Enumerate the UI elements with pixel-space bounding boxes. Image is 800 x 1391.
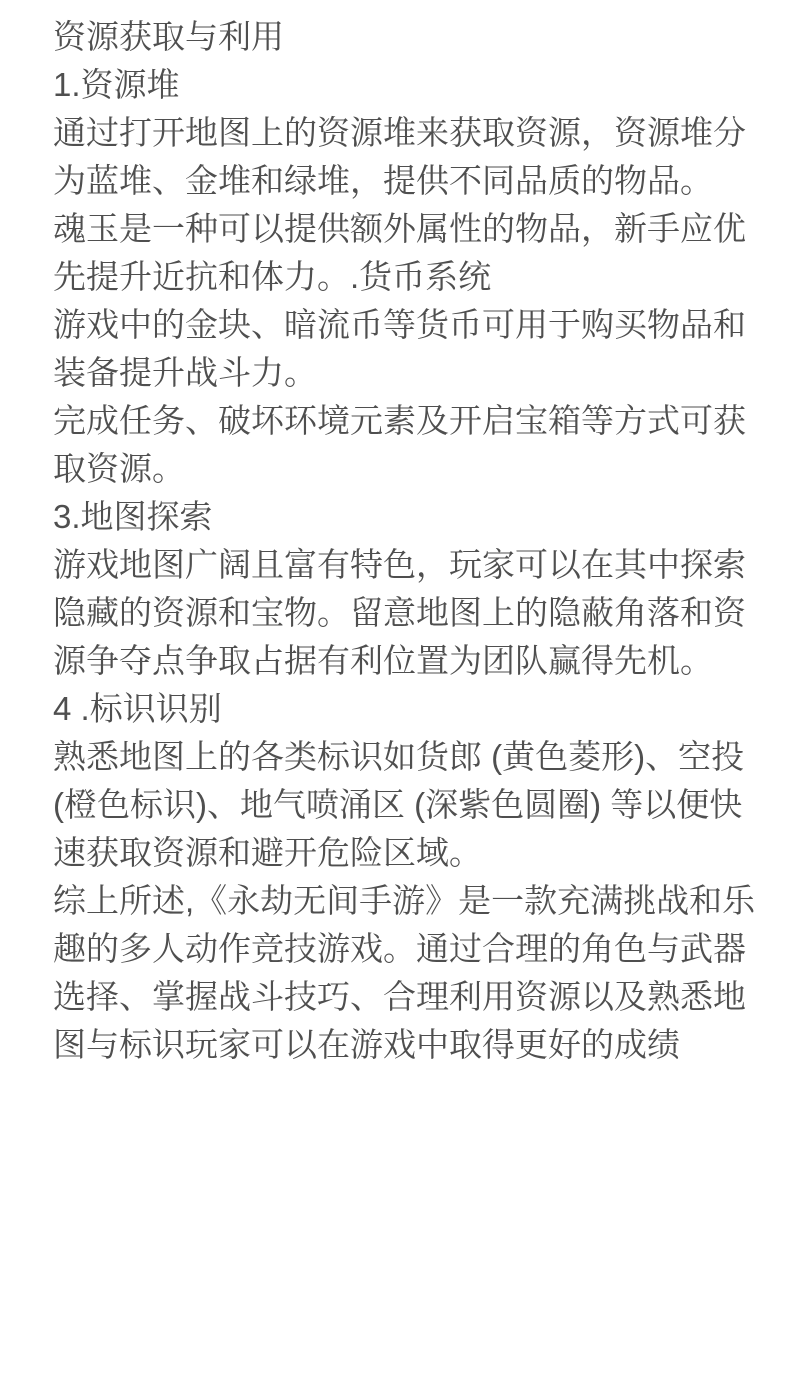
list-item-heading: 1.资源堆	[53, 61, 750, 109]
article-body: 资源获取与利用 1.资源堆 通过打开地图上的资源堆来获取资源，资源堆分 为蓝堆、…	[0, 0, 800, 1391]
text-line: 选择、掌握战斗技巧、合理利用资源以及熟悉地	[53, 973, 750, 1021]
text-line: 源争夺点争取占据有利位置为团队赢得先机。	[53, 637, 750, 685]
text-line: 隐藏的资源和宝物。留意地图上的隐蔽角落和资	[53, 589, 750, 637]
text-line: 通过打开地图上的资源堆来获取资源，资源堆分	[53, 109, 750, 157]
text-line: 取资源。	[53, 445, 750, 493]
text-line: (橙色标识)、地气喷涌区 (深紫色圆圈) 等以便快	[53, 781, 750, 829]
list-item-heading: 3.地图探索	[53, 493, 750, 541]
text-line: 趣的多人动作竞技游戏。通过合理的角色与武器	[53, 925, 750, 973]
text-line: 为蓝堆、金堆和绿堆，提供不同品质的物品。	[53, 157, 750, 205]
text-line: 综上所述,《永劫无间手游》是一款充满挑战和乐	[53, 877, 750, 925]
text-line: 游戏中的金块、暗流币等货币可用于购买物品和	[53, 301, 750, 349]
text-line: 熟悉地图上的各类标识如货郎 (黄色菱形)、空投	[53, 733, 750, 781]
text-line: 先提升近抗和体力。.货币系统	[53, 253, 750, 301]
list-item-heading: 4 .标识识别	[53, 685, 750, 733]
text-line: 完成任务、破坏环境元素及开启宝箱等方式可获	[53, 397, 750, 445]
text-line: 速获取资源和避开危险区域。	[53, 829, 750, 877]
section-heading: 资源获取与利用	[53, 13, 750, 61]
text-line: 魂玉是一种可以提供额外属性的物品，新手应优	[53, 205, 750, 253]
text-line: 装备提升战斗力。	[53, 349, 750, 397]
text-line: 图与标识玩家可以在游戏中取得更好的成绩	[53, 1021, 750, 1069]
text-line: 游戏地图广阔且富有特色，玩家可以在其中探索	[53, 541, 750, 589]
